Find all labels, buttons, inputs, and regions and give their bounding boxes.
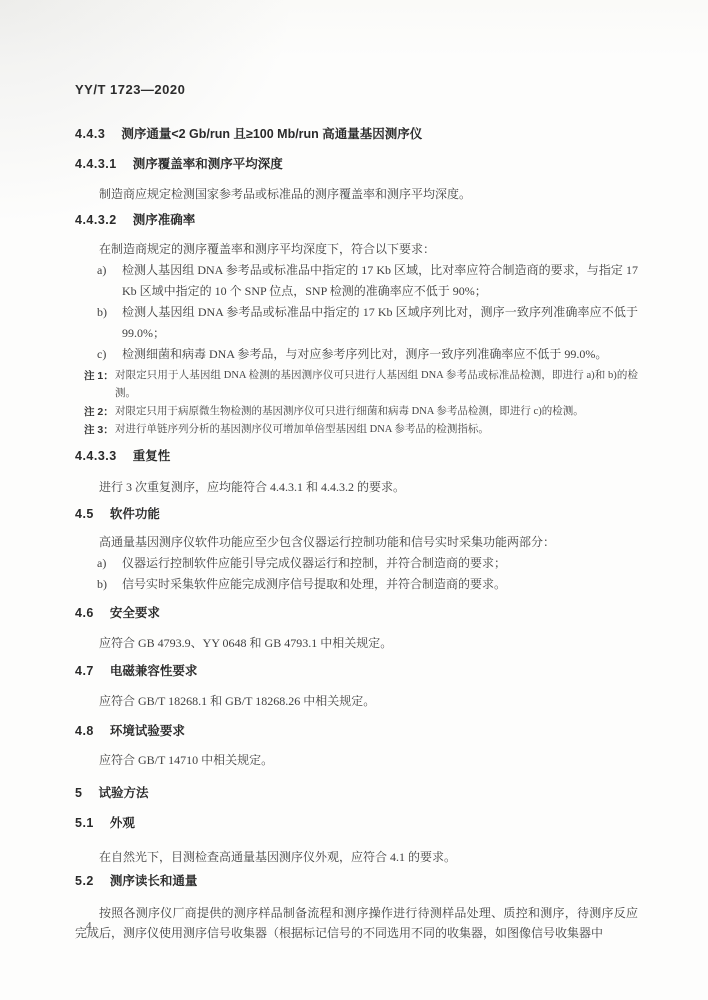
list-item-a: a) 仪器运行控制软件应能引导完成仪器运行和控制，并符合制造商的要求； bbox=[75, 553, 638, 574]
heading-number: 5.1 bbox=[75, 816, 94, 830]
heading-number: 4.4.3 bbox=[75, 127, 105, 141]
paragraph-4-7: 应符合 GB/T 18268.1 和 GB/T 18268.26 中相关规定。 bbox=[75, 691, 638, 712]
heading-title: 电磁兼容性要求 bbox=[110, 664, 198, 678]
heading-title: 环境试验要求 bbox=[110, 724, 185, 738]
list-item-b: b) 检测人基因组 DNA 参考品或标准品中指定的 17 Kb 区域序列比对，测… bbox=[75, 302, 638, 344]
heading-number: 4.6 bbox=[75, 606, 94, 620]
list-item-a: a) 检测人基因组 DNA 参考品或标准品中指定的 17 Kb 区域，比对率应符… bbox=[75, 260, 638, 302]
heading-4-4-3-2: 4.4.3.2测序准确率 bbox=[75, 213, 638, 228]
heading-5-2: 5.2测序读长和通量 bbox=[75, 874, 638, 889]
paragraph-5-2: 按照各测序仪厂商提供的测序样品制备流程和测序操作进行待测样品处理、质控和测序，待… bbox=[75, 903, 638, 943]
paragraph-4-4-3-2-intro: 在制造商规定的测序覆盖率和测序平均深度下，符合以下要求： bbox=[75, 239, 638, 260]
heading-title: 测序准确率 bbox=[133, 213, 196, 227]
heading-4-6: 4.6安全要求 bbox=[75, 606, 638, 621]
paragraph-5-1: 在自然光下，目测检查高通量基因测序仪外观，应符合 4.1 的要求。 bbox=[75, 847, 638, 868]
list-item-b: b) 信号实时采集软件应能完成测序信号提取和处理，并符合制造商的要求。 bbox=[75, 574, 638, 595]
list-item-c: c) 检测细菌和病毒 DNA 参考品，与对应参考序列比对，测序一致序列准确率应不… bbox=[75, 344, 638, 365]
heading-title: 软件功能 bbox=[110, 507, 160, 521]
list-marker: c) bbox=[97, 344, 122, 365]
list-marker: a) bbox=[97, 260, 122, 302]
doc-code-header: YY/T 1723—2020 bbox=[75, 82, 638, 97]
heading-4-4-3: 4.4.3测序通量<2 Gb/run 且≥100 Mb/run 高通量基因测序仪 bbox=[75, 127, 638, 142]
paragraph-4-6: 应符合 GB 4793.9、YY 0648 和 GB 4793.1 中相关规定。 bbox=[75, 633, 638, 654]
heading-number: 5.2 bbox=[75, 874, 94, 888]
heading-4-7: 4.7电磁兼容性要求 bbox=[75, 664, 638, 679]
note-label: 注 1： bbox=[84, 367, 115, 403]
heading-4-4-3-1: 4.4.3.1测序覆盖率和测序平均深度 bbox=[75, 157, 638, 172]
list-text: 信号实时采集软件应能完成测序信号提取和处理，并符合制造商的要求。 bbox=[122, 574, 638, 595]
page-number: 4 bbox=[86, 920, 92, 932]
page-content: YY/T 1723—2020 4.4.3测序通量<2 Gb/run 且≥100 … bbox=[75, 82, 638, 943]
heading-4-8: 4.8环境试验要求 bbox=[75, 724, 638, 739]
heading-title: 测序覆盖率和测序平均深度 bbox=[133, 157, 283, 171]
note-text: 对进行单链序列分析的基因测序仪可增加单倍型基因组 DNA 参考品的检测指标。 bbox=[115, 421, 638, 439]
list-marker: b) bbox=[97, 302, 122, 344]
paragraph-4-4-3-3: 进行 3 次重复测序，应均能符合 4.4.3.1 和 4.4.3.2 的要求。 bbox=[75, 477, 638, 498]
document-page: YY/T 1723—2020 4.4.3测序通量<2 Gb/run 且≥100 … bbox=[0, 0, 708, 1000]
heading-number: 4.4.3.3 bbox=[75, 449, 117, 463]
heading-4-4-3-3: 4.4.3.3重复性 bbox=[75, 449, 638, 464]
list-marker: a) bbox=[97, 553, 122, 574]
list-text: 仪器运行控制软件应能引导完成仪器运行和控制，并符合制造商的要求； bbox=[122, 553, 638, 574]
heading-number: 4.8 bbox=[75, 724, 94, 738]
note-2: 注 2： 对限定只用于病原微生物检测的基因测序仪可只进行细菌和病毒 DNA 参考… bbox=[84, 403, 638, 421]
paragraph-4-5-intro: 高通量基因测序仪软件功能应至少包含仪器运行控制功能和信号实时采集功能两部分： bbox=[75, 532, 638, 553]
heading-title: 重复性 bbox=[133, 449, 171, 463]
heading-number: 5 bbox=[75, 786, 82, 800]
heading-4-5: 4.5软件功能 bbox=[75, 507, 638, 522]
heading-title: 测序读长和通量 bbox=[110, 874, 198, 888]
note-label: 注 2： bbox=[84, 403, 115, 421]
heading-title: 测序通量<2 Gb/run 且≥100 Mb/run 高通量基因测序仪 bbox=[121, 127, 422, 141]
note-text: 对限定只用于病原微生物检测的基因测序仪可只进行细菌和病毒 DNA 参考品检测，即… bbox=[115, 403, 638, 421]
heading-5: 5试验方法 bbox=[75, 786, 638, 801]
heading-number: 4.7 bbox=[75, 664, 94, 678]
paragraph-4-8: 应符合 GB/T 14710 中相关规定。 bbox=[75, 750, 638, 771]
list-text: 检测人基因组 DNA 参考品或标准品中指定的 17 Kb 区域，比对率应符合制造… bbox=[122, 260, 638, 302]
heading-5-1: 5.1外观 bbox=[75, 816, 638, 831]
paragraph-4-4-3-1: 制造商应规定检测国家参考品或标准品的测序覆盖率和测序平均深度。 bbox=[75, 184, 638, 205]
note-3: 注 3： 对进行单链序列分析的基因测序仪可增加单倍型基因组 DNA 参考品的检测… bbox=[84, 421, 638, 439]
heading-title: 安全要求 bbox=[110, 606, 160, 620]
note-1: 注 1： 对限定只用于人基因组 DNA 检测的基因测序仪可只进行人基因组 DNA… bbox=[84, 367, 638, 403]
heading-number: 4.4.3.1 bbox=[75, 157, 117, 171]
list-text: 检测人基因组 DNA 参考品或标准品中指定的 17 Kb 区域序列比对，测序一致… bbox=[122, 302, 638, 344]
list-marker: b) bbox=[97, 574, 122, 595]
heading-number: 4.5 bbox=[75, 507, 94, 521]
note-label: 注 3： bbox=[84, 421, 115, 439]
heading-number: 4.4.3.2 bbox=[75, 213, 117, 227]
note-text: 对限定只用于人基因组 DNA 检测的基因测序仪可只进行人基因组 DNA 参考品或… bbox=[115, 367, 638, 403]
list-text: 检测细菌和病毒 DNA 参考品，与对应参考序列比对，测序一致序列准确率应不低于 … bbox=[122, 344, 638, 365]
heading-title: 试验方法 bbox=[98, 786, 148, 800]
heading-title: 外观 bbox=[110, 816, 135, 830]
